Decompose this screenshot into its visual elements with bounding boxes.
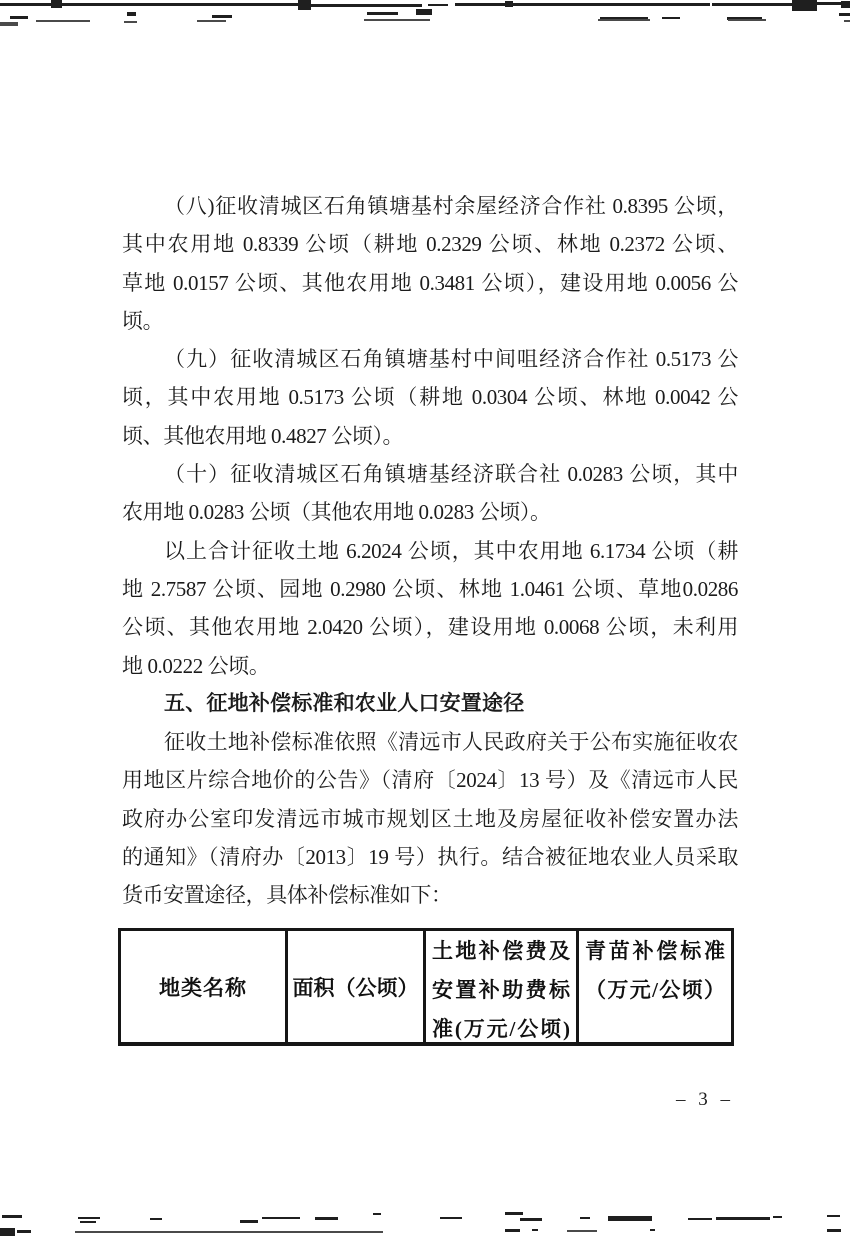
section-heading: 五、征地补偿标准和农业人口安置途径 <box>122 685 738 723</box>
compensation-table: 地类名称 面积（公顷） 土地补偿费及 安置补助费标 准(万元/公顷) 青苗补偿标… <box>118 928 734 1046</box>
doc-line: （十）征收清城区石角镇塘基经济联合社 0.0283 公顷，其中 <box>122 455 738 493</box>
doc-line: 征收土地补偿标准依照《清远市人民政府关于公布实施征收农 <box>122 723 738 761</box>
doc-line: 地 0.0222 公顷。 <box>122 647 738 685</box>
table-header-land-type: 地类名称 <box>121 931 285 1042</box>
table-header-label: 地类名称 <box>159 972 247 1002</box>
table-header-label: 青苗补偿标准 （万元/公顷） <box>579 931 731 1010</box>
table-header-label: 土地补偿费及 安置补助费标 准(万元/公顷) <box>426 931 576 1049</box>
doc-line: 政府办公室印发清远市城市规划区土地及房屋征收补偿安置办法 <box>122 800 738 838</box>
table-header-seedling-compensation: 青苗补偿标准 （万元/公顷） <box>576 931 731 1042</box>
doc-line: 的通知》（清府办〔2013〕19 号）执行。结合被征地农业人员采取 <box>122 838 738 876</box>
doc-line: 用地区片综合地价的公告》（清府〔2024〕13 号）及《清远市人民 <box>122 761 738 799</box>
scan-noise-top <box>0 0 850 36</box>
scan-noise-bottom <box>0 1200 850 1236</box>
document-body: （八)征收清城区石角镇塘基村余屋经济合作社 0.8395 公顷， 其中农用地 0… <box>122 187 738 915</box>
doc-line: 农用地 0.0283 公顷（其他农用地 0.0283 公顷）。 <box>122 493 738 531</box>
doc-line: 地 2.7587 公顷、园地 0.2980 公顷、林地 1.0461 公顷、草地… <box>122 570 738 608</box>
table-header-land-compensation: 土地补偿费及 安置补助费标 准(万元/公顷) <box>423 931 576 1042</box>
doc-line: 其中农用地 0.8339 公顷（耕地 0.2329 公顷、林地 0.2372 公… <box>122 225 738 263</box>
scanned-document-page: （八)征收清城区石角镇塘基村余屋经济合作社 0.8395 公顷， 其中农用地 0… <box>0 0 850 1236</box>
table-header-label: 面积（公顷） <box>293 972 419 1002</box>
doc-line: 顷、其他农用地 0.4827 公顷）。 <box>122 417 738 455</box>
doc-line: 草地 0.0157 公顷、其他农用地 0.3481 公顷），建设用地 0.005… <box>122 264 738 302</box>
page-number: – 3 – <box>676 1089 734 1111</box>
doc-line: （八)征收清城区石角镇塘基村余屋经济合作社 0.8395 公顷， <box>122 187 738 225</box>
doc-line: 货币安置途径，具体补偿标准如下： <box>122 876 738 914</box>
doc-line: 顷。 <box>122 302 738 340</box>
doc-line: 顷，其中农用地 0.5173 公顷（耕地 0.0304 公顷、林地 0.0042… <box>122 378 738 416</box>
doc-line: 以上合计征收土地 6.2024 公顷，其中农用地 6.1734 公顷（耕 <box>122 532 738 570</box>
table-header-area: 面积（公顷） <box>285 931 423 1042</box>
doc-line: （九）征收清城区石角镇塘基村中间咀经济合作社 0.5173 公 <box>122 340 738 378</box>
doc-line: 公顷、其他农用地 2.0420 公顷），建设用地 0.0068 公顷，未利用 <box>122 608 738 646</box>
